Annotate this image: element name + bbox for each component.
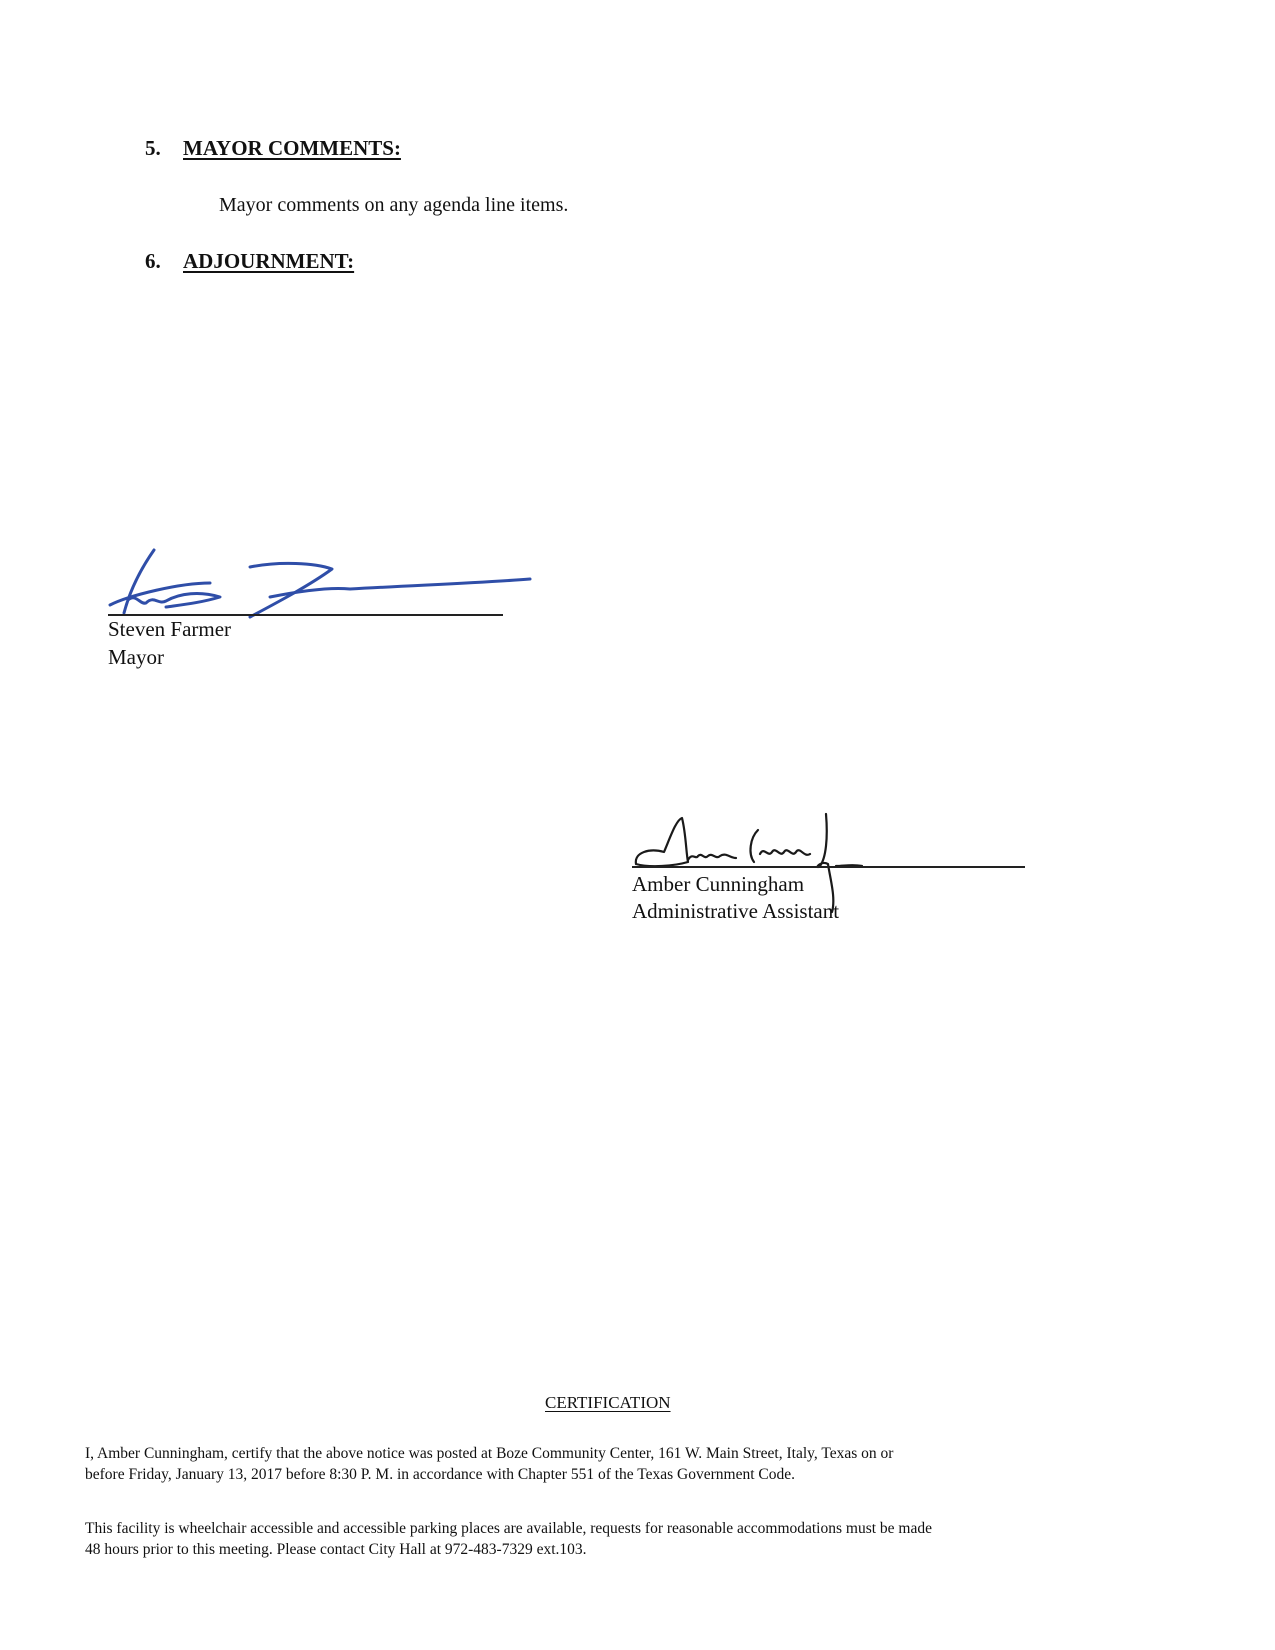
mayor-signature-line: [108, 614, 503, 616]
accessibility-notice: This facility is wheelchair accessible a…: [85, 1518, 932, 1560]
certification-statement: I, Amber Cunningham, certify that the ab…: [85, 1443, 893, 1485]
assistant-name: Amber Cunningham: [632, 872, 804, 897]
certification-line: I, Amber Cunningham, certify that the ab…: [85, 1443, 893, 1464]
section-title: MAYOR COMMENTS:: [183, 136, 401, 160]
assistant-signature-line: [632, 866, 1025, 868]
mayor-name: Steven Farmer: [108, 617, 231, 642]
accessibility-line: 48 hours prior to this meeting. Please c…: [85, 1539, 932, 1560]
accessibility-line: This facility is wheelchair accessible a…: [85, 1518, 932, 1539]
certification-line: before Friday, January 13, 2017 before 8…: [85, 1464, 893, 1485]
mayor-signature: [100, 545, 540, 620]
section-6-heading: 6.ADJOURNMENT:: [145, 249, 354, 274]
section-5-body: Mayor comments on any agenda line items.: [219, 194, 568, 217]
certification-title: CERTIFICATION: [545, 1393, 671, 1413]
assistant-title: Administrative Assistant: [632, 899, 839, 924]
section-number: 6.: [145, 249, 183, 274]
mayor-title: Mayor: [108, 645, 164, 670]
section-title: ADJOURNMENT:: [183, 249, 354, 273]
section-number: 5.: [145, 136, 183, 161]
section-5-heading: 5.MAYOR COMMENTS:: [145, 136, 401, 161]
